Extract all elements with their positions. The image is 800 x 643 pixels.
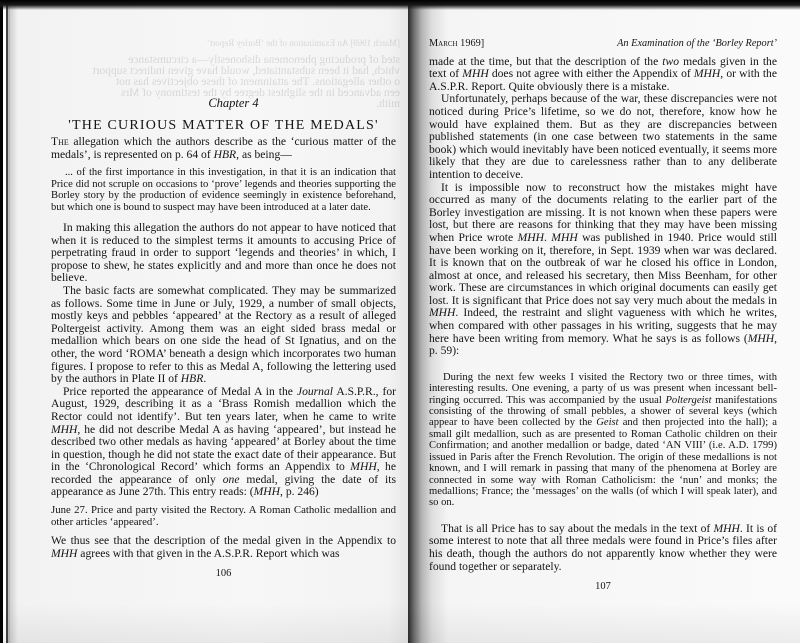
paragraph: made at the time, but that the descripti… — [429, 56, 777, 94]
chapter-title: 'THE CURIOUS MATTER OF THE MEDALS' — [51, 120, 396, 133]
italic-run: MHH — [748, 332, 774, 345]
text-run: and then projected into the hall); a sma… — [429, 417, 777, 508]
italic-run: HBR — [181, 372, 204, 385]
paragraph: We thus see that the description of the … — [51, 535, 396, 560]
italic-run: Poltergeist — [665, 395, 711, 406]
text-run: . — [203, 372, 206, 385]
text-run: made at the time, but that the descripti… — [429, 55, 662, 68]
italic-run: Journal — [297, 385, 333, 398]
italic-run: MHH — [51, 547, 77, 560]
italic-run: MHH — [51, 423, 77, 436]
text-run: does not agree with either the Appendix … — [489, 67, 694, 80]
text-run: That is all Price has to say about the m… — [441, 522, 714, 535]
left-page-text: Chapter 4 'THE CURIOUS MATTER OF THE MED… — [51, 0, 396, 581]
paragraph: In making this allegation the authors do… — [51, 222, 396, 285]
italic-run: HBR — [214, 148, 237, 161]
page-number: 106 — [51, 568, 396, 581]
text-run: Price reported the appearance of Medal A… — [63, 385, 297, 398]
italic-run: MHH — [429, 306, 455, 319]
text-run: , p. 246) — [280, 485, 319, 498]
text-run: , he did not describe Medal A as having … — [51, 423, 396, 474]
chapter-label: Chapter 4 — [51, 97, 396, 110]
text-run: The basic facts are somewhat complicated… — [51, 284, 396, 385]
paragraph: Unfortunately, perhaps because of the wa… — [429, 93, 777, 181]
drop-word: The — [51, 135, 69, 148]
text-run: . Indeed, the restraint and slight vague… — [429, 306, 777, 344]
text-run: agrees with that given in the A.S.P.R. R… — [77, 547, 339, 560]
running-head-title: An Examination of the ‘Borley Report’ — [617, 38, 777, 51]
running-head: March 1969] An Examination of the ‘Borle… — [429, 38, 777, 51]
paragraph: The allegation which the authors describ… — [51, 136, 396, 161]
page-number: 107 — [429, 581, 777, 594]
text-run: , as being— — [236, 148, 292, 161]
italic-run: MHH — [551, 231, 577, 244]
book-spread: [March 1969] An Examination of the ‘Borl… — [0, 0, 800, 643]
italic-run: two — [662, 55, 679, 68]
block-quote: ... of the first importance in this inve… — [51, 167, 396, 213]
paragraph: The basic facts are somewhat complicated… — [51, 285, 396, 386]
paragraph: Price reported the appearance of Medal A… — [51, 386, 396, 499]
italic-run: Geist — [596, 417, 618, 428]
italic-run: MHH — [350, 460, 376, 473]
running-head-date: March 1969] — [429, 38, 484, 51]
paragraph: That is all Price has to say about the m… — [429, 523, 777, 573]
right-page: March 1969] An Examination of the ‘Borle… — [408, 0, 800, 643]
right-page-text: March 1969] An Examination of the ‘Borle… — [429, 0, 777, 594]
italic-run: MHH — [714, 522, 740, 535]
chronology-entry: June 27. Price and party visited the Rec… — [51, 505, 396, 528]
left-page: [March 1969] An Examination of the ‘Borl… — [10, 0, 408, 643]
block-quote: During the next few weeks I visited the … — [429, 372, 777, 509]
italic-run: MHH — [462, 67, 488, 80]
italic-run: one — [223, 473, 240, 486]
paragraph: It is impossible now to reconstruct how … — [429, 182, 777, 358]
italic-run: MHH — [694, 67, 720, 80]
italic-run: MHH — [254, 485, 280, 498]
italic-run: MHH — [518, 231, 544, 244]
text-run: We thus see that the description of the … — [51, 534, 396, 547]
